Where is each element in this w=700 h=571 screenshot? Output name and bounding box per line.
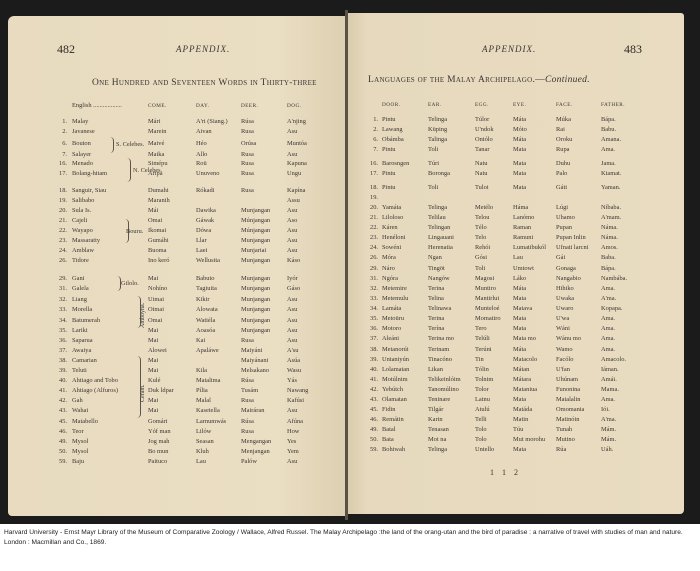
row-number: 26. [53, 257, 67, 264]
cell-dog: Asu [287, 306, 297, 313]
row-number: 34. [53, 317, 67, 324]
row-number: 36. [53, 337, 67, 344]
cell-father: Uáh. [601, 446, 613, 453]
cell-deer: Munjangan [241, 257, 270, 264]
cell-father: Babu. [601, 126, 616, 133]
cell-lang: Amblaw [72, 247, 94, 254]
cell-ear: Telina [428, 295, 444, 302]
cell-lang: Teor [72, 428, 84, 435]
cell-door: Henéloni [382, 234, 405, 241]
cell-egg: Tuloi [475, 184, 489, 191]
cell-come: Yóf man [148, 428, 171, 435]
cell-dog: Afúna [287, 418, 303, 425]
cell-lang: Menado [72, 160, 93, 167]
cell-father: Bápa. [601, 265, 616, 272]
cell-door: Metemire [382, 285, 407, 292]
cell-father: Mama. [601, 386, 619, 393]
cell-deer: Múnjangan [241, 217, 270, 224]
cell-come: Mai [148, 275, 158, 282]
cell-dog: Assu [287, 197, 300, 204]
cell-face: Rupa [556, 146, 570, 153]
cell-face: Hihiko [556, 285, 574, 292]
group-brace [110, 137, 114, 153]
cell-father: Amana. [601, 136, 621, 143]
cell-come: Mai [148, 367, 158, 374]
cell-father: Níbaba. [601, 204, 621, 211]
cell-door: Untaniyún [382, 356, 409, 363]
cell-lang: Batumerah [72, 317, 100, 324]
cell-egg: Tolor [475, 386, 489, 393]
cell-face: Múka [556, 116, 571, 123]
signature-mark: 1 1 2 [490, 468, 521, 477]
cell-father: Mám. [601, 426, 616, 433]
col-header-dog: DOG. [287, 103, 302, 109]
cell-face: Uwaro [556, 305, 573, 312]
cell-come: Omai [148, 317, 162, 324]
cell-egg: Tero [475, 325, 487, 332]
cell-eye: Mata [513, 446, 526, 453]
cell-egg: Telo [475, 234, 486, 241]
cell-egg: Gósi [475, 254, 487, 261]
cell-eye: Mata [513, 325, 526, 332]
cell-face: Ufnati larcni [556, 244, 588, 251]
cell-deer: Rusa [241, 170, 254, 177]
cell-dog: Wasu [287, 367, 301, 374]
cell-father: A'ma. [601, 295, 616, 302]
cell-door: Liloloso [382, 214, 403, 221]
cell-eye: Raman [513, 224, 531, 231]
book-gutter [345, 10, 348, 520]
cell-dog: How [287, 428, 299, 435]
cell-eye: Máta [513, 116, 526, 123]
cell-ear: Teninare [428, 396, 450, 403]
cell-come: Jog mah [148, 438, 169, 445]
row-number: 7. [53, 151, 67, 158]
cell-deer: Munjangan [241, 327, 270, 334]
row-number: 45. [364, 406, 378, 413]
cell-lang: Salayer [72, 151, 91, 158]
cell-face: Wamo [556, 346, 573, 353]
cell-egg: Atulú [475, 406, 490, 413]
row-number: 20. [53, 207, 67, 214]
row-number: 26. [364, 254, 378, 261]
group-label-n-celebes: N. Celebes. [133, 167, 162, 174]
cell-egg: Terúni [475, 346, 492, 353]
col-header-english: English .................. [72, 102, 122, 109]
row-number: 19. [53, 197, 67, 204]
cell-dog: Kapuna [287, 160, 307, 167]
cell-day: Matalima [196, 377, 221, 384]
cell-ear: Telinawa [428, 305, 451, 312]
left-running-head: APPENDIX. [176, 44, 230, 54]
cell-eye: Háma [513, 204, 528, 211]
row-number: 23. [53, 237, 67, 244]
cell-door: Batal [382, 426, 396, 433]
cell-door: Pintu [382, 170, 396, 177]
row-number: 7. [364, 146, 378, 153]
cell-deer: Munjangan [241, 317, 270, 324]
row-number: 32. [53, 296, 67, 303]
cell-father: Ama. [601, 146, 615, 153]
row-number: 17. [53, 170, 67, 177]
row-number: 19. [364, 194, 378, 201]
cell-egg: Tin [475, 356, 484, 363]
cell-father: Ama. [601, 285, 615, 292]
cell-deer: Rusa [241, 128, 254, 135]
cell-deer: Rusa [241, 337, 254, 344]
cell-deer: Munjangan [241, 275, 270, 282]
cell-face: Tunah [556, 426, 572, 433]
cell-day: Malal [196, 397, 211, 404]
cell-eye: Mata [513, 146, 526, 153]
cell-face: Matinóin [556, 416, 579, 423]
cell-face: Lúgi [556, 204, 568, 211]
cell-lang: Awaiya [72, 347, 91, 354]
cell-deer: Rusa [241, 187, 254, 194]
row-number: 42. [53, 397, 67, 404]
cell-dog: Asu [287, 458, 297, 465]
cell-ear: Ngan [428, 254, 442, 261]
cell-eye: Máta [513, 346, 526, 353]
cell-day: Lau [196, 458, 206, 465]
cell-door: Pintu [382, 184, 396, 191]
cell-day: Kila [196, 367, 207, 374]
cell-ear: Lingauani [428, 234, 454, 241]
cell-egg: Toli [475, 265, 485, 272]
cell-day: Aivan [196, 128, 212, 135]
cell-ear: Telinga [428, 204, 447, 211]
cell-eye: Móto [513, 126, 527, 133]
cell-eye: Umtowt [513, 265, 534, 272]
cell-ear: Likan [428, 366, 443, 373]
cell-come: Ino keró [148, 257, 169, 264]
row-number: 41. [364, 376, 378, 383]
cell-lang: Bouton [72, 140, 91, 147]
cell-come: Oimai [148, 306, 164, 313]
cell-door: Remátin [382, 416, 404, 423]
cell-father: Iáman. [601, 366, 619, 373]
cell-eye: Máta [513, 285, 526, 292]
cell-dog: Asúa [287, 357, 300, 364]
cell-come: Mai [148, 327, 158, 334]
cell-egg: Tanar [475, 146, 489, 153]
cell-lang: Ahtiago (Alfuros) [72, 387, 118, 394]
cell-come: Uimai [148, 296, 164, 303]
cell-egg: Muntiro [475, 285, 496, 292]
cell-come: Maranih [148, 197, 170, 204]
cell-come: Buoma [148, 247, 166, 254]
row-number: 45. [53, 418, 67, 425]
row-number: 29. [53, 275, 67, 282]
cell-deer: Munjangan [241, 285, 270, 292]
cell-door: Yebútch [382, 386, 403, 393]
cell-father: Amos. [601, 244, 618, 251]
cell-deer: Rusa [241, 160, 254, 167]
cell-eye: Matacolo [513, 356, 537, 363]
row-number: 41. [53, 387, 67, 394]
cell-eye: Máta [513, 136, 526, 143]
cell-egg: Rehói [475, 244, 490, 251]
cell-day: Kluh [196, 448, 209, 455]
cell-deer: Maiyáni [241, 347, 262, 354]
cell-come: Simépu [148, 160, 168, 167]
col-header-eye: EYE. [513, 102, 526, 108]
cell-father: Amái. [601, 376, 617, 383]
cell-come: Mai [148, 357, 158, 364]
cell-day: Alowata [196, 306, 218, 313]
group-label-bouru: Bouru. [126, 228, 143, 235]
cell-day: Tagiuita [196, 285, 217, 292]
cell-door: Pintu [382, 116, 396, 123]
cell-ear: Toli [428, 184, 438, 191]
cell-egg: Tolo [475, 426, 487, 433]
cell-door: Ngóra [382, 275, 398, 282]
cell-eye: Mata [513, 315, 526, 322]
cell-day: Kai [196, 337, 205, 344]
cell-deer: Maiyánani [241, 357, 268, 364]
cell-door: Barosngen [382, 160, 409, 167]
cell-face: Matalalin [556, 396, 581, 403]
cell-face: Pupan [556, 224, 572, 231]
cell-eye: Lau [513, 254, 523, 261]
cell-day: Roü [196, 160, 207, 167]
cell-deer: Rúsa [241, 418, 254, 425]
cell-father: Mám. [601, 436, 616, 443]
cell-dog: Asu [287, 247, 297, 254]
cell-face: Gái [556, 254, 565, 261]
right-page-title: Languages of the Malay Archipelago.—Cont… [368, 75, 590, 85]
col-header-egg: EGG. [475, 102, 489, 108]
row-number: 22. [364, 224, 378, 231]
row-number: 1. [53, 118, 67, 125]
row-number: 50. [53, 448, 67, 455]
row-number: 2. [53, 128, 67, 135]
cell-lang: Massaratty [72, 237, 100, 244]
cell-lang: Wayapo [72, 227, 93, 234]
cell-day: Héo [196, 140, 207, 147]
cell-face: Gonaga [556, 265, 576, 272]
cell-come: Paituco [148, 458, 167, 465]
row-number: 38. [53, 357, 67, 364]
group-label-amboyna: Amboyna. [140, 303, 146, 328]
row-number: 49. [53, 438, 67, 445]
cell-day: Watiéla [196, 317, 215, 324]
cell-lang: Sanguir, Siau [72, 187, 106, 194]
cell-deer: Rusa [241, 428, 254, 435]
group-label-s-celebes: S. Celebes. [116, 141, 144, 148]
row-number: 33. [53, 306, 67, 313]
cell-lang: Tidore [72, 257, 89, 264]
right-page-number: 483 [624, 42, 642, 57]
cell-deer: Orúsa [241, 140, 256, 147]
cell-eye: Lumatibukól [513, 244, 546, 251]
cell-egg: Natu [475, 160, 487, 167]
cell-dog: Asu [287, 317, 297, 324]
cell-dog: Asu [287, 407, 297, 414]
cell-dog: Gáso [287, 285, 300, 292]
citation-caption: Harvard University - Ernst Mayr Library … [4, 528, 696, 548]
cell-face: Pupan Inlin [556, 234, 586, 241]
row-number: 21. [364, 214, 378, 221]
cell-ear: Túri [428, 160, 439, 167]
cell-lang: Saparua [72, 337, 93, 344]
cell-come: Dumahi [148, 187, 169, 194]
cell-ear: Terína [428, 325, 444, 332]
cell-eye: Lanómo [513, 214, 534, 221]
cell-dog: Iyór [287, 275, 298, 282]
cell-dog: Asu [287, 151, 297, 158]
cell-door: Motoro [382, 325, 401, 332]
cell-egg: Metélo [475, 204, 493, 211]
cell-ear: Telikeinlóim [428, 376, 461, 383]
cell-lang: Cajeli [72, 217, 87, 224]
cell-lang: Malay [72, 118, 88, 125]
left-page-number: 482 [57, 42, 75, 57]
cell-ear: Nangów [428, 275, 450, 282]
cell-father: Jama. [601, 160, 616, 167]
cell-egg: Telúli [475, 335, 490, 342]
cell-face: Duhu [556, 160, 570, 167]
cell-come: Mári [148, 118, 160, 125]
cell-day: Laei [196, 247, 207, 254]
cell-door: Sowéni [382, 244, 401, 251]
cell-eye: Mátara [513, 376, 531, 383]
cell-eye: Mata [513, 160, 526, 167]
cell-father: Amacolo. [601, 356, 626, 363]
col-header-door: DOOR. [382, 102, 401, 108]
cell-dog: Nawang [287, 387, 308, 394]
cell-eye: Mata [513, 170, 526, 177]
cell-dog: Asu [287, 207, 297, 214]
row-number: 32. [364, 285, 378, 292]
cell-come: Duk ldpar [148, 387, 174, 394]
cell-ear: Boronga [428, 170, 450, 177]
cell-face: Funonina [556, 386, 580, 393]
cell-father: Yaman. [601, 184, 620, 191]
row-number: 18. [364, 184, 378, 191]
cell-lang: Liang [72, 296, 87, 303]
row-number: 37. [364, 335, 378, 342]
col-header-father: FATHER. [601, 102, 625, 108]
row-number: 21. [53, 217, 67, 224]
cell-day: Babuto [196, 275, 214, 282]
cell-face: Facólo [556, 356, 573, 363]
col-header-come: COME. [148, 103, 167, 109]
cell-come: Omai [148, 217, 162, 224]
cell-lang: Galela [72, 285, 89, 292]
cell-face: Wáni [556, 325, 570, 332]
cell-egg: Telou [475, 214, 489, 221]
cell-day: Lilów [196, 428, 211, 435]
cell-door: Metoüru [382, 315, 404, 322]
col-header-ear: EAR. [428, 102, 442, 108]
cell-face: Oroku [556, 136, 572, 143]
cell-dog: Asu [287, 296, 297, 303]
cell-dog: Asu [287, 337, 297, 344]
cell-ear: Tanomúlino [428, 386, 459, 393]
cell-egg: Magosi [475, 275, 494, 282]
row-number: 6. [364, 136, 378, 143]
row-number: 18. [53, 187, 67, 194]
row-number: 16. [53, 160, 67, 167]
cell-father: Ama. [601, 335, 615, 342]
cell-father: Bápa. [601, 116, 616, 123]
cell-door: Yamáta [382, 204, 401, 211]
cell-face: Rúa [556, 446, 566, 453]
row-number: 39. [364, 356, 378, 363]
cell-day: Dawika [196, 207, 216, 214]
cell-father: A'mam. [601, 214, 621, 221]
row-number: 2. [364, 126, 378, 133]
cell-egg: U'ndok [475, 126, 494, 133]
row-number: 59. [53, 458, 67, 465]
row-number: 43. [364, 396, 378, 403]
cell-door: Metanorúi [382, 346, 409, 353]
cell-eye: Matáda [513, 406, 532, 413]
cell-dog: Kafúsi [287, 397, 304, 404]
group-label-gilolo: Gilolo. [121, 280, 139, 287]
cell-day: Pília [196, 387, 208, 394]
cell-come: Mai [148, 337, 158, 344]
cell-day: Kikir [196, 296, 210, 303]
cell-father: Náma. [601, 234, 618, 241]
cell-door: Obámba [382, 136, 404, 143]
cell-door: Olamatan [382, 396, 407, 403]
cell-dog: Asu [287, 237, 297, 244]
cell-day: Gáwak [196, 217, 214, 224]
cell-dog: Yes [287, 438, 296, 445]
cell-egg: Mantirlui [475, 295, 499, 302]
cell-eye: Mata [513, 184, 526, 191]
cell-come: Mai [148, 407, 158, 414]
cell-ear: Telinga [428, 116, 447, 123]
cell-deer: Mairáran [241, 407, 264, 414]
cell-day: Llar [196, 237, 207, 244]
cell-egg: Télo [475, 224, 487, 231]
cell-come: Alowei [148, 347, 167, 354]
cell-ear: Telingan [428, 224, 450, 231]
row-number: 36. [364, 325, 378, 332]
cell-door: Lamáta [382, 305, 401, 312]
row-number: 17. [364, 170, 378, 177]
cell-door: Metemulu [382, 295, 408, 302]
cell-lang: Mysol [72, 438, 88, 445]
cell-day: Allo [196, 151, 207, 158]
cell-deer: Menjangan [241, 448, 270, 455]
cell-lang: Wahai [72, 407, 88, 414]
cell-deer: Mengangan [241, 438, 271, 445]
row-number: 39. [53, 367, 67, 374]
cell-door: Náro [382, 265, 395, 272]
row-number: 50. [364, 436, 378, 443]
row-number: 31. [53, 285, 67, 292]
cell-dog: Asu [287, 227, 297, 234]
cell-ear: Terina mo [428, 335, 454, 342]
cell-face: Uhúnam [556, 376, 578, 383]
cell-ear: Talinga [428, 136, 447, 143]
cell-egg: Untello [475, 446, 494, 453]
cell-come: Mái [148, 207, 158, 214]
cell-ear: Karin [428, 416, 443, 423]
cell-come: Bo mun [148, 448, 168, 455]
cell-dog: Ungu [287, 170, 301, 177]
cell-door: Aleáni [382, 335, 399, 342]
cell-dog: Asu [287, 128, 297, 135]
cell-lang: Gah [72, 397, 83, 404]
cell-face: Gáti [556, 184, 567, 191]
cell-egg: Momatiro [475, 315, 501, 322]
cell-eye: Matin [513, 416, 528, 423]
